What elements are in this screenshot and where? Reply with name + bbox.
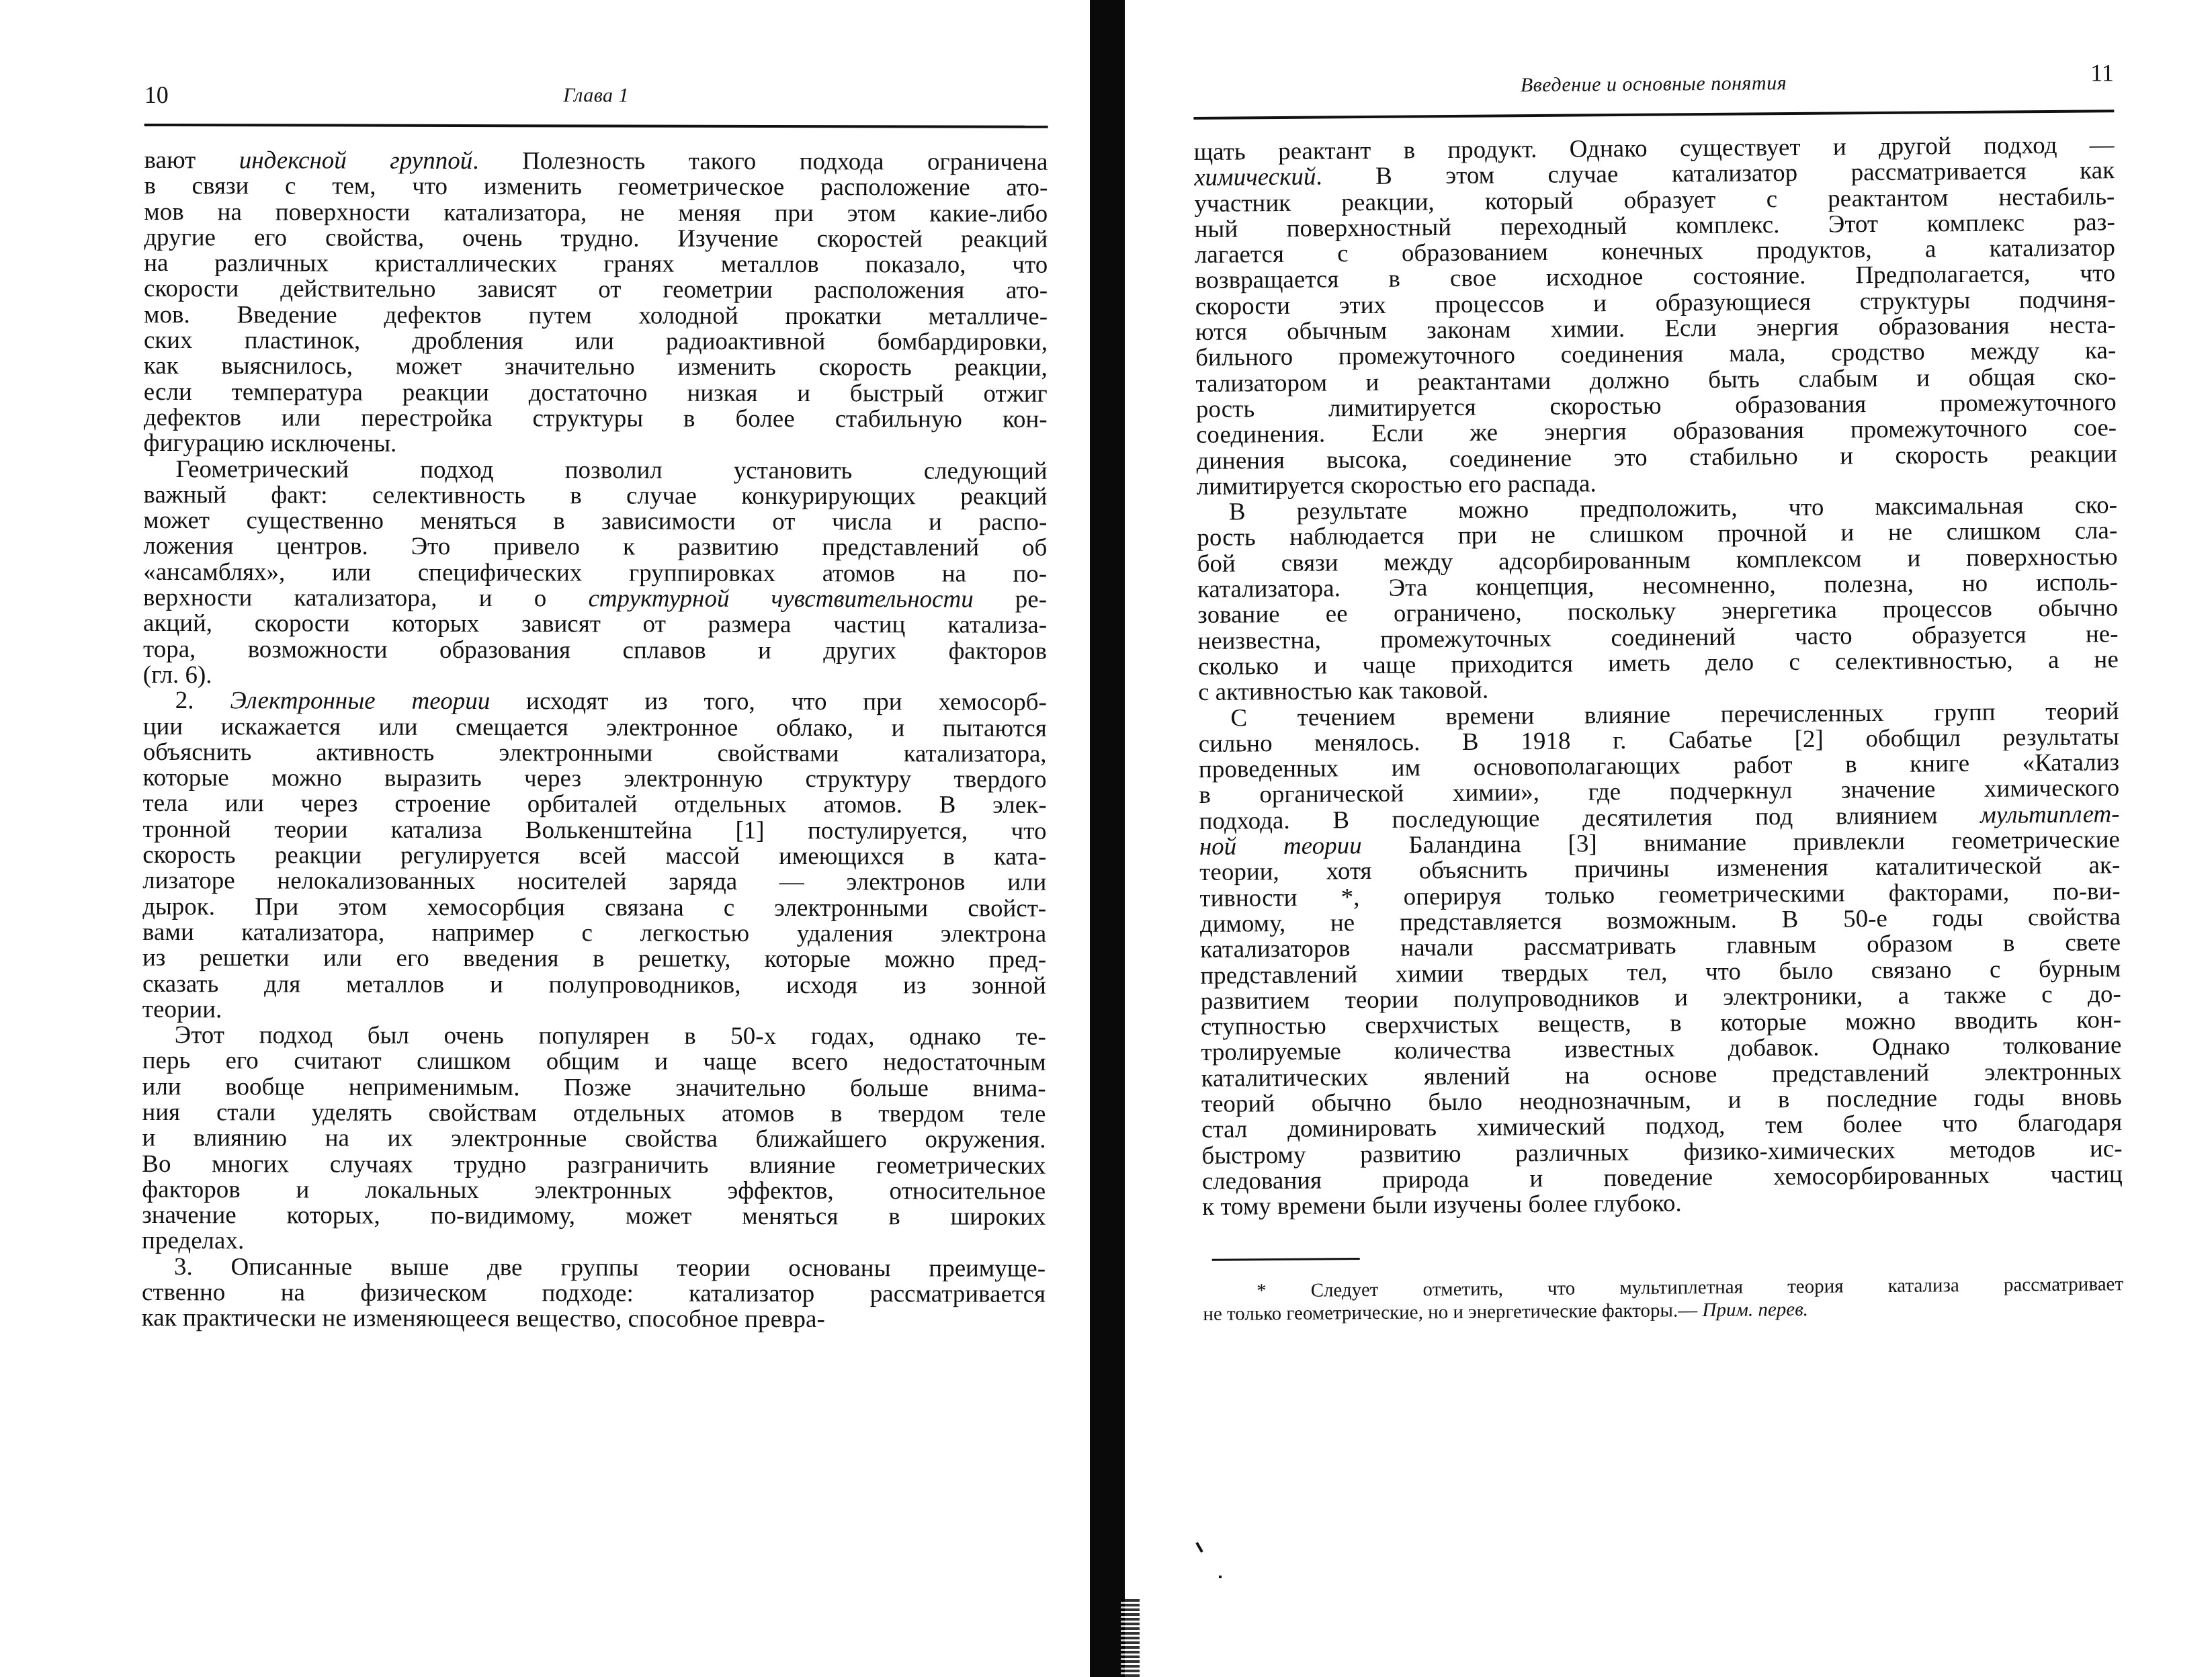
left-running-header: 10 Глава 1 bbox=[144, 81, 1048, 146]
text-line: 3. Описанные выше две группы теории осно… bbox=[142, 1254, 1046, 1282]
text-line: тора, возможности образования сплавов и … bbox=[143, 637, 1047, 664]
text-line: ственно на физическом подходе: катализат… bbox=[142, 1280, 1046, 1307]
text-line: может существенно меняться в зависимости… bbox=[143, 508, 1047, 535]
text-line: 2. Электронные теории исходят из того, ч… bbox=[143, 688, 1047, 716]
text-line: «ансамблях», или специфических группиров… bbox=[143, 560, 1047, 587]
text-line: факторов и локальных электронных эффекто… bbox=[142, 1177, 1046, 1205]
paragraph: Геометрический подход позволил установит… bbox=[143, 457, 1048, 690]
header-rule bbox=[1193, 110, 2114, 120]
text-line: ских пластинок, дробления или радиоактив… bbox=[144, 328, 1048, 355]
footnote: * Следует отметить, что мультиплетная те… bbox=[1203, 1273, 2123, 1326]
text-line: мов на поверхности катализатора, не меня… bbox=[144, 200, 1048, 227]
right-running-header: 11 Введение и основные понятия bbox=[1193, 67, 2115, 137]
book-spine-shadow bbox=[1090, 0, 1125, 1677]
text-line: дефектов или перестройка структуры в бол… bbox=[144, 405, 1048, 433]
paragraph: вают индексной группой. Полезность таког… bbox=[144, 148, 1048, 458]
text-line: фигурацию исключены. bbox=[144, 431, 1048, 458]
text-line: вают индексной группой. Полезность таког… bbox=[144, 148, 1048, 175]
text-line: лизаторе нелокализованных носителей заря… bbox=[142, 868, 1046, 896]
text-line: из решетки или его введения в решетку, к… bbox=[142, 945, 1046, 973]
text-line: в связи с тем, что изменить геометрическ… bbox=[144, 173, 1048, 201]
right-body-text: щать реактант в продукт. Однако существу… bbox=[1194, 132, 2123, 1220]
left-page: 10 Глава 1 вают индексной группой. Полез… bbox=[142, 0, 1048, 1333]
text-line: Геометрический подход позволил установит… bbox=[143, 457, 1047, 484]
scan-speck bbox=[1219, 1576, 1222, 1578]
text-line: акций, скорости которых зависят от разме… bbox=[143, 611, 1047, 638]
text-line: важный факт: селективность в случае конк… bbox=[143, 482, 1047, 510]
text-line: другие его свойства, очень трудно. Изуче… bbox=[144, 225, 1048, 253]
text-line: ложения центров. Это привело к развитию … bbox=[143, 533, 1047, 561]
text-line: и влиянию на их электронные свойства бли… bbox=[142, 1125, 1046, 1153]
paragraph: 3. Описанные выше две группы теории осно… bbox=[142, 1254, 1046, 1334]
text-line: верхности катализатора, и о структурной … bbox=[143, 585, 1047, 613]
running-head-chapter: Глава 1 bbox=[144, 83, 1048, 108]
footnote-rule bbox=[1212, 1258, 1360, 1262]
scan-speck bbox=[1195, 1542, 1203, 1553]
left-body-text: вают индексной группой. Полезность таког… bbox=[142, 148, 1048, 1333]
paragraph: В результате можно предположить, что мак… bbox=[1197, 492, 2119, 705]
text-line: скорости действительно зависят от геомет… bbox=[144, 276, 1048, 304]
text-line: (гл. 6). bbox=[143, 662, 1047, 690]
text-line: Этот подход был очень популярен в 50-х г… bbox=[142, 1023, 1046, 1050]
text-line: на различных кристаллических гранях мета… bbox=[144, 251, 1048, 278]
text-line: как выяснилось, может значительно измени… bbox=[144, 353, 1048, 381]
text-line: ния стали уделять свойствам отдельных ат… bbox=[142, 1100, 1046, 1127]
paragraph: С течением времени влияние перечисленных… bbox=[1198, 699, 2123, 1221]
right-page: 11 Введение и основные понятия щать реак… bbox=[1193, 0, 2123, 1326]
text-line: или вообще неприменимым. Позже значитель… bbox=[142, 1074, 1046, 1102]
header-rule bbox=[144, 124, 1048, 128]
text-line: объяснить активность электронными свойст… bbox=[143, 740, 1047, 767]
text-line: теории. bbox=[142, 997, 1046, 1025]
paragraph: Этот подход был очень популярен в 50-х г… bbox=[142, 1023, 1046, 1256]
text-line: которые можно выразить через электронную… bbox=[143, 765, 1047, 793]
running-head-section: Введение и основные понятия bbox=[1193, 69, 2114, 99]
text-line: вами катализатора, например с легкостью … bbox=[142, 920, 1046, 947]
text-line: перь его считают слишком общим и чаще вс… bbox=[142, 1048, 1046, 1076]
text-line: ции искажается или смещается электронное… bbox=[143, 714, 1047, 742]
text-line: как практически не изменяющееся вещество… bbox=[142, 1305, 1046, 1333]
text-line: тела или через строение орбиталей отдель… bbox=[142, 791, 1046, 818]
text-line: тронной теории катализа Волькенштейна [1… bbox=[142, 817, 1046, 845]
text-line: пределах. bbox=[142, 1228, 1046, 1256]
text-line: мов. Введение дефектов путем холодной пр… bbox=[144, 302, 1048, 330]
paragraph: щать реактант в продукт. Однако существу… bbox=[1194, 132, 2117, 500]
text-line: дырок. При этом хемосорбция связана с эл… bbox=[142, 894, 1046, 922]
text-line: Во многих случаях трудно разграничить вл… bbox=[142, 1152, 1046, 1179]
paragraph: 2. Электронные теории исходят из того, ч… bbox=[142, 688, 1047, 1025]
text-line: скорость реакции регулируется всей массо… bbox=[142, 843, 1046, 870]
spine-scan-noise bbox=[1121, 1599, 1140, 1677]
text-line: если температура реакции достаточно низк… bbox=[144, 380, 1048, 407]
text-line: сказать для металлов и полупроводников, … bbox=[142, 971, 1046, 998]
text-line: значение которых, по-видимому, может мен… bbox=[142, 1203, 1046, 1230]
